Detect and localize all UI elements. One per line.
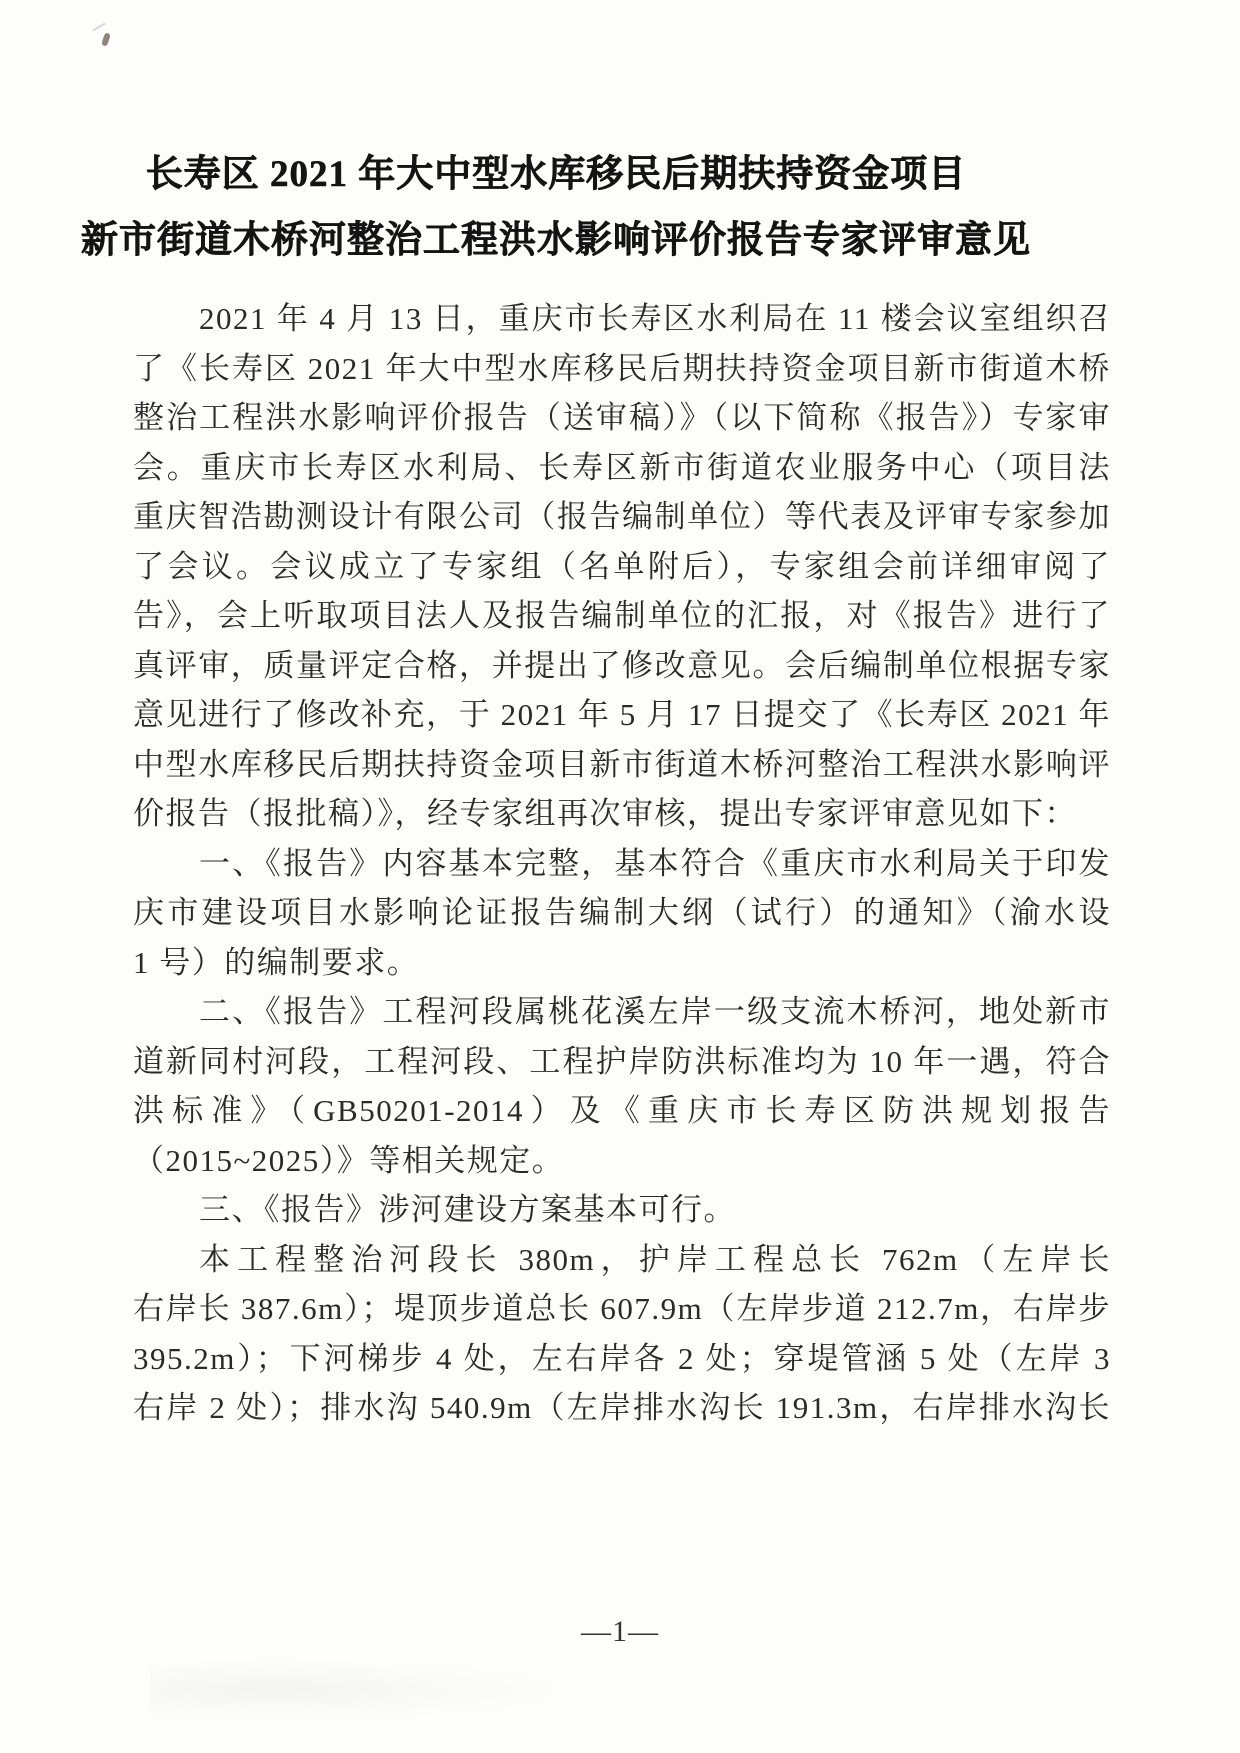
body-line: 重庆智浩勘测设计有限公司（报告编制单位）等代表及评审专家参加 bbox=[133, 492, 1111, 542]
body-line: 庆市建设项目水影响论证报告编制大纲（试行）的通知》（渝水设〔2019〕 bbox=[133, 888, 1111, 938]
body-line: 整治工程洪水影响评价报告（送审稿）》（以下简称《报告》）专家审查 bbox=[133, 393, 1111, 443]
title-line-1: 长寿区 2021 年大中型水库移民后期扶持资金项目 bbox=[0, 142, 1112, 208]
body-line: 2021 年 4 月 13 日，重庆市长寿区水利局在 11 楼会议室组织召开 bbox=[133, 294, 1111, 344]
body-line: 一、《报告》内容基本完整，基本符合《重庆市水利局关于印发重 bbox=[133, 839, 1111, 889]
body-line: 意见进行了修改补充，于 2021 年 5 月 17 日提交了《长寿区 2021 … bbox=[133, 690, 1111, 740]
body-line: 了会议。会议成立了专家组（名单附后），专家组会前详细审阅了《报 bbox=[133, 542, 1111, 592]
body-line: 价报告（报批稿）》，经专家组再次审核，提出专家评审意见如下： bbox=[133, 789, 1111, 839]
title-line-2: 新市街道木桥河整治工程洪水影响评价报告专家评审意见 bbox=[0, 208, 1112, 274]
body-line: 中型水库移民后期扶持资金项目新市街道木桥河整治工程洪水影响评 bbox=[133, 740, 1111, 790]
document-title: 长寿区 2021 年大中型水库移民后期扶持资金项目 新市街道木桥河整治工程洪水影… bbox=[0, 142, 1112, 274]
scan-artifact bbox=[101, 32, 111, 46]
body-line: （2015~2025）》等相关规定。 bbox=[133, 1136, 1111, 1186]
body-line: 右岸长 387.6m）；堤顶步道总长 607.9m（左岸步道 212.7m，右岸… bbox=[133, 1284, 1111, 1334]
body-line: 了《长寿区 2021 年大中型水库移民后期扶持资金项目新市街道木桥河 bbox=[133, 344, 1111, 394]
body-line: 告》，会上听取项目法人及报告编制单位的汇报，对《报告》进行了认 bbox=[133, 591, 1111, 641]
body-line: 右岸 2 处）；排水沟 540.9m（左岸排水沟长 191.3m，右岸排水沟长 bbox=[133, 1383, 1111, 1433]
body-line: 道新同村河段，工程河段、工程护岸防洪标准均为 10 年一遇，符合《防 bbox=[133, 1037, 1111, 1087]
body-line: 三、《报告》涉河建设方案基本可行。 bbox=[133, 1185, 1111, 1235]
body-line: 本工程整治河段长 380m，护岸工程总长 762m（左岸长 374.4m， bbox=[133, 1235, 1111, 1285]
body-line: 真评审，质量评定合格，并提出了修改意见。会后编制单位根据专家 bbox=[133, 641, 1111, 691]
scan-smudge bbox=[150, 1660, 570, 1720]
body-line: 1 号）的编制要求。 bbox=[133, 938, 1111, 988]
body-line: 洪标准》（GB50201-2014）及《重庆市长寿区防洪规划报告 bbox=[133, 1086, 1111, 1136]
page-number: —1— bbox=[0, 1615, 1240, 1649]
body-line: 二、《报告》工程河段属桃花溪左岸一级支流木桥河，地处新市街 bbox=[133, 987, 1111, 1037]
document-page: 长寿区 2021 年大中型水库移民后期扶持资金项目 新市街道木桥河整治工程洪水影… bbox=[0, 0, 1240, 1753]
document-body: 2021 年 4 月 13 日，重庆市长寿区水利局在 11 楼会议室组织召开 了… bbox=[133, 294, 1111, 1433]
body-line: 会。重庆市长寿区水利局、长寿区新市街道农业服务中心（项目法人）、 bbox=[133, 443, 1111, 493]
body-line: 395.2m）；下河梯步 4 处，左右岸各 2 处；穿堤管涵 5 处（左岸 3 … bbox=[133, 1334, 1111, 1384]
scan-artifact bbox=[92, 23, 105, 32]
